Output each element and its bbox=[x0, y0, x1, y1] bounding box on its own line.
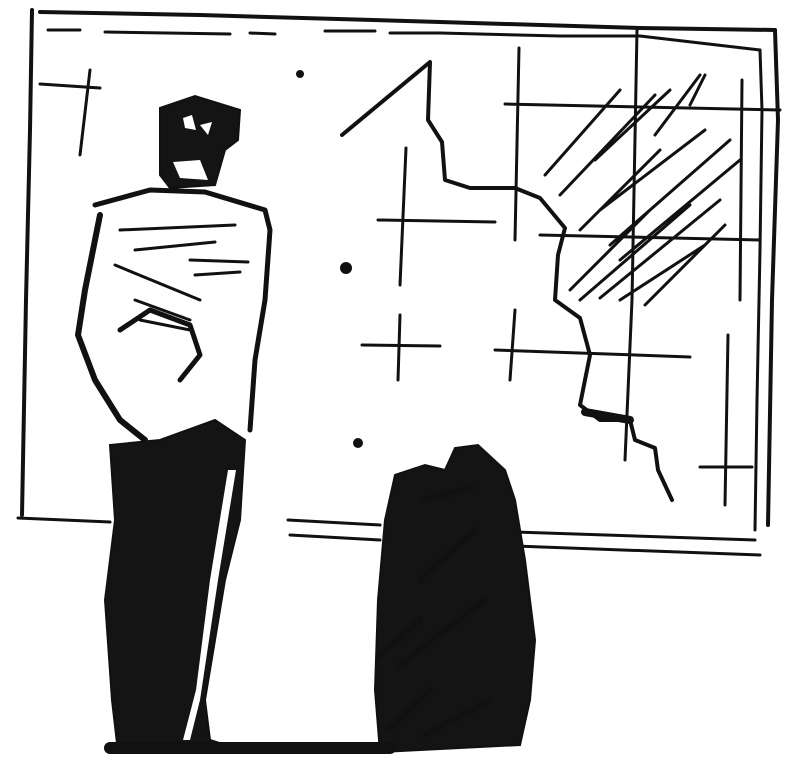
standing-man bbox=[78, 96, 270, 752]
ink-sketch-artwork bbox=[0, 0, 799, 769]
dark-hatched-shadow-figure bbox=[375, 445, 535, 752]
